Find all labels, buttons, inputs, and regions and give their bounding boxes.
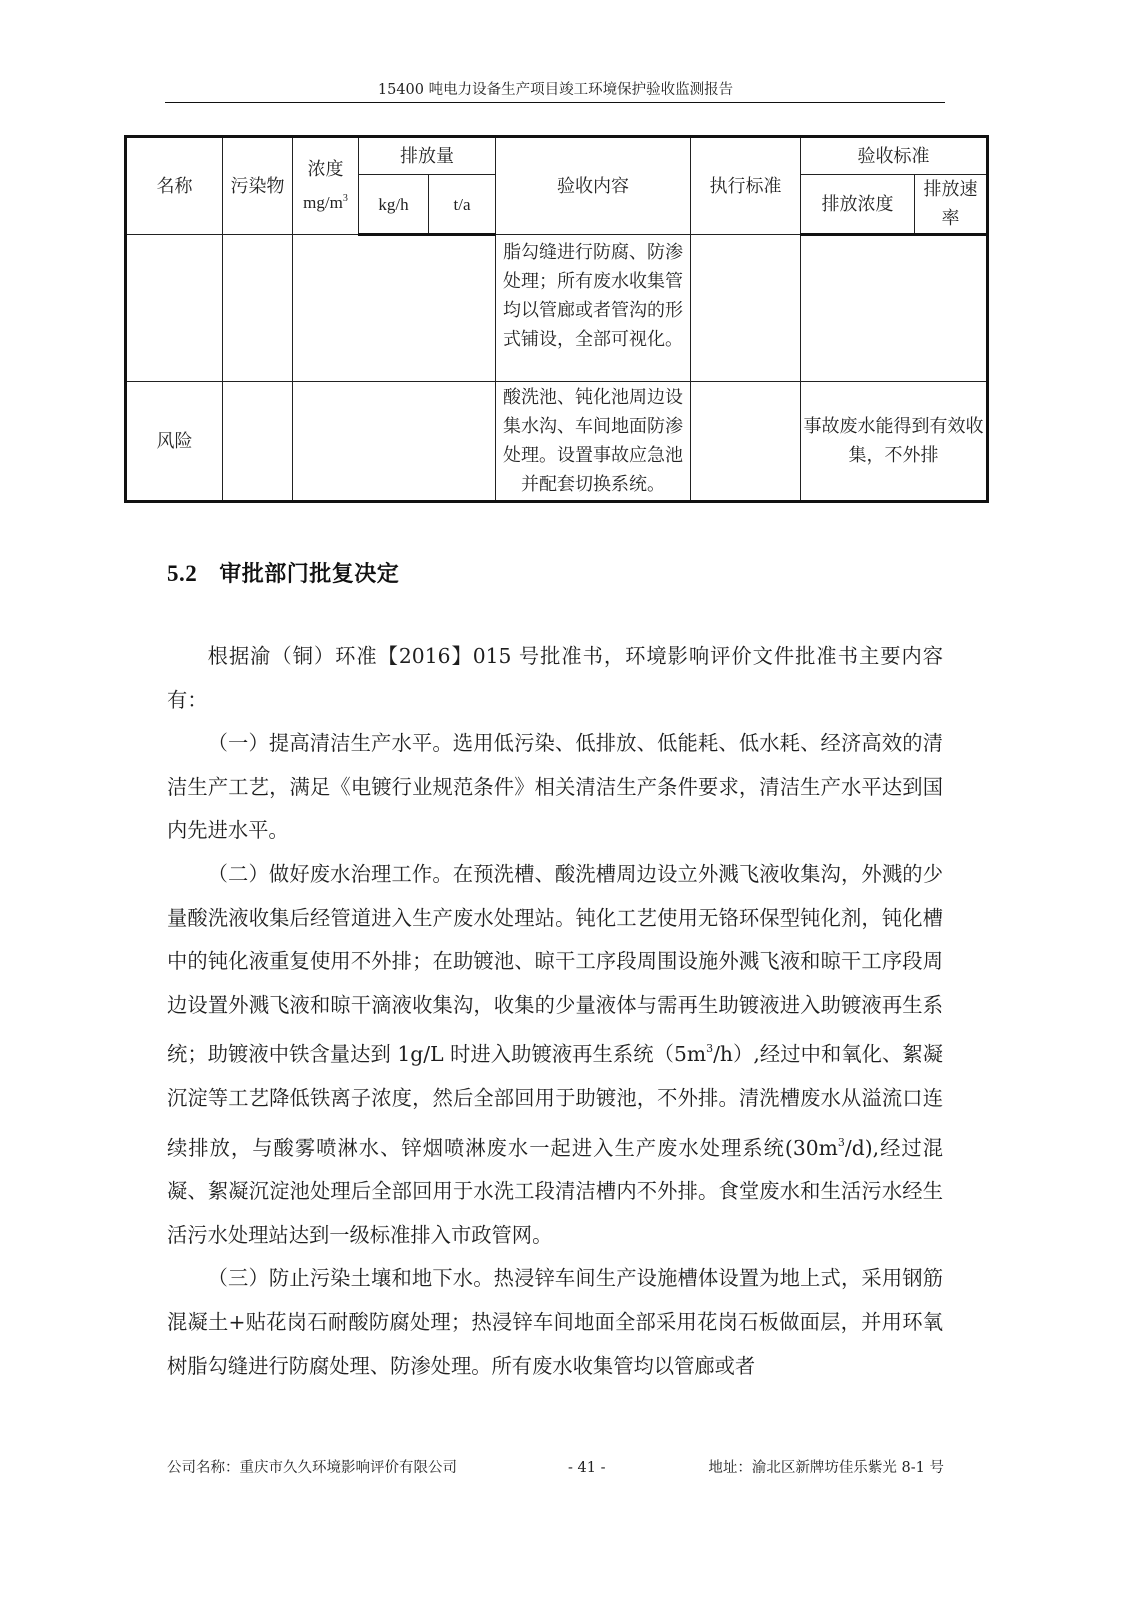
cell-execution-standard	[691, 235, 801, 382]
col-header-emission: 排放量	[359, 137, 496, 175]
cell-name: 风险	[126, 382, 223, 502]
cell-acceptance-content: 脂勾缝进行防腐、防渗处理；所有废水收集管均以管廊或者管沟的形式铺设，全部可视化。	[496, 235, 691, 382]
body-text: 根据渝（铜）环准【2016】015 号批准书，环境影响评价文件批准书主要内容有：…	[167, 635, 943, 1388]
table-row: 风险 酸洗池、钝化池周边设集水沟、车间地面防渗处理。设置事故应急池并配套切换系统…	[126, 382, 988, 502]
cell-values	[293, 235, 496, 382]
cell-values	[293, 382, 496, 502]
page-number: - 41 -	[568, 1460, 605, 1476]
concentration-label: 浓度	[293, 155, 358, 184]
cell-execution-standard	[691, 382, 801, 502]
col-header-emission-concentration: 排放浓度	[801, 175, 915, 235]
cell-acceptance-standard: 事故废水能得到有效收集，不外排	[801, 382, 988, 502]
cell-pollutant	[223, 382, 293, 502]
table-row: 脂勾缝进行防腐、防渗处理；所有废水收集管均以管廊或者管沟的形式铺设，全部可视化。	[126, 235, 988, 382]
concentration-unit: mg/m3	[293, 184, 358, 217]
cell-name	[126, 235, 223, 382]
page-header: 15400 吨电力设备生产项目竣工环境保护验收监测报告	[167, 78, 944, 102]
paragraph-2: （二）做好废水治理工作。在预洗槽、酸洗槽周边设立外溅飞液收集沟，外溅的少量酸洗液…	[167, 853, 943, 1257]
col-header-concentration: 浓度 mg/m3	[293, 137, 359, 235]
footer-company: 公司名称：重庆市久久环境影响评价有限公司	[167, 1456, 457, 1477]
section-number: 5.2	[167, 561, 197, 586]
col-header-kgh: kg/h	[359, 175, 429, 235]
col-header-execution-standard: 执行标准	[691, 137, 801, 235]
paragraph-intro: 根据渝（铜）环准【2016】015 号批准书，环境影响评价文件批准书主要内容有：	[167, 635, 943, 722]
col-header-name: 名称	[126, 137, 223, 235]
header-divider	[165, 102, 945, 103]
col-header-pollutant: 污染物	[223, 137, 293, 235]
paragraph-1: （一）提高清洁生产水平。选用低污染、低排放、低能耗、低水耗、经济高效的清洁生产工…	[167, 722, 943, 853]
section-title: 审批部门批复决定	[219, 562, 399, 587]
page-footer: 公司名称：重庆市久久环境影响评价有限公司 - 41 - 地址：渝北区新牌坊佳乐紫…	[167, 1450, 944, 1480]
section-heading: 5.2审批部门批复决定	[167, 557, 399, 588]
cell-acceptance-standard	[801, 235, 988, 382]
paragraph-3: （三）防止污染土壤和地下水。热浸锌车间生产设施槽体设置为地上式，采用钢筋混凝土+…	[167, 1257, 943, 1388]
cell-acceptance-content: 酸洗池、钝化池周边设集水沟、车间地面防渗处理。设置事故应急池并配套切换系统。	[496, 382, 691, 502]
acceptance-table: 名称 污染物 浓度 mg/m3 排放量 验收内容 执行标准 验收标准 kg/h …	[124, 135, 989, 503]
footer-address: 地址：渝北区新牌坊佳乐紫光 8-1 号	[708, 1456, 944, 1477]
col-header-ta: t/a	[429, 175, 496, 235]
col-header-acceptance-content: 验收内容	[496, 137, 691, 235]
report-title: 15400 吨电力设备生产项目竣工环境保护验收监测报告	[378, 82, 733, 98]
col-header-emission-rate: 排放速率	[915, 175, 988, 235]
cell-pollutant	[223, 235, 293, 382]
col-header-acceptance-standard: 验收标准	[801, 137, 988, 175]
